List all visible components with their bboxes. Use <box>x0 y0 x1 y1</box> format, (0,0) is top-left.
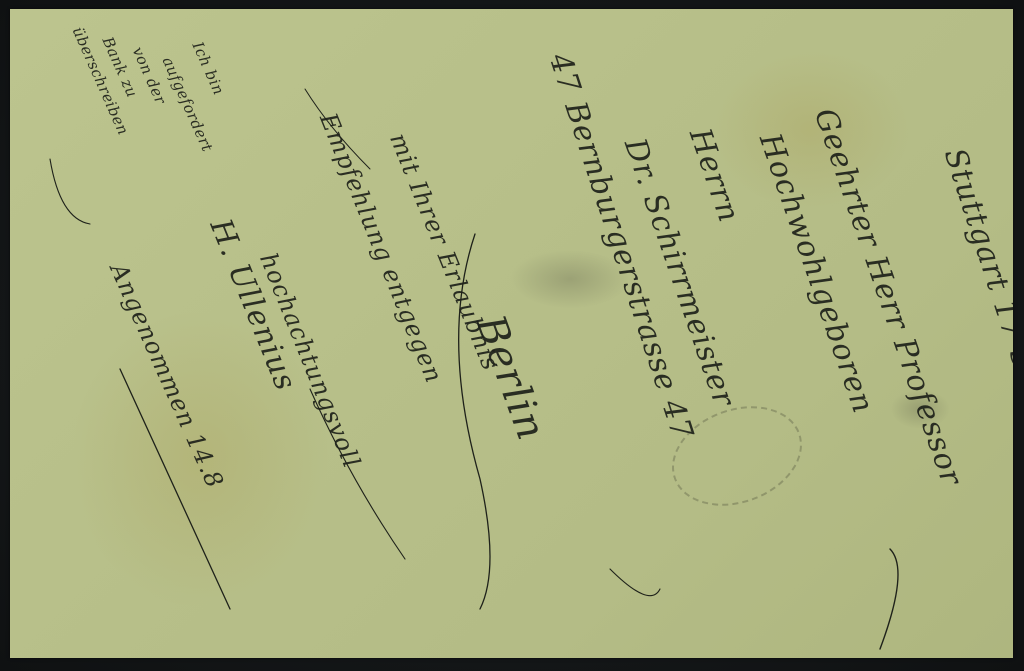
ink-flourishes <box>10 9 1013 658</box>
postcard: Stuttgart 17 Sept 87 Geehrter Herr Profe… <box>10 9 1013 658</box>
